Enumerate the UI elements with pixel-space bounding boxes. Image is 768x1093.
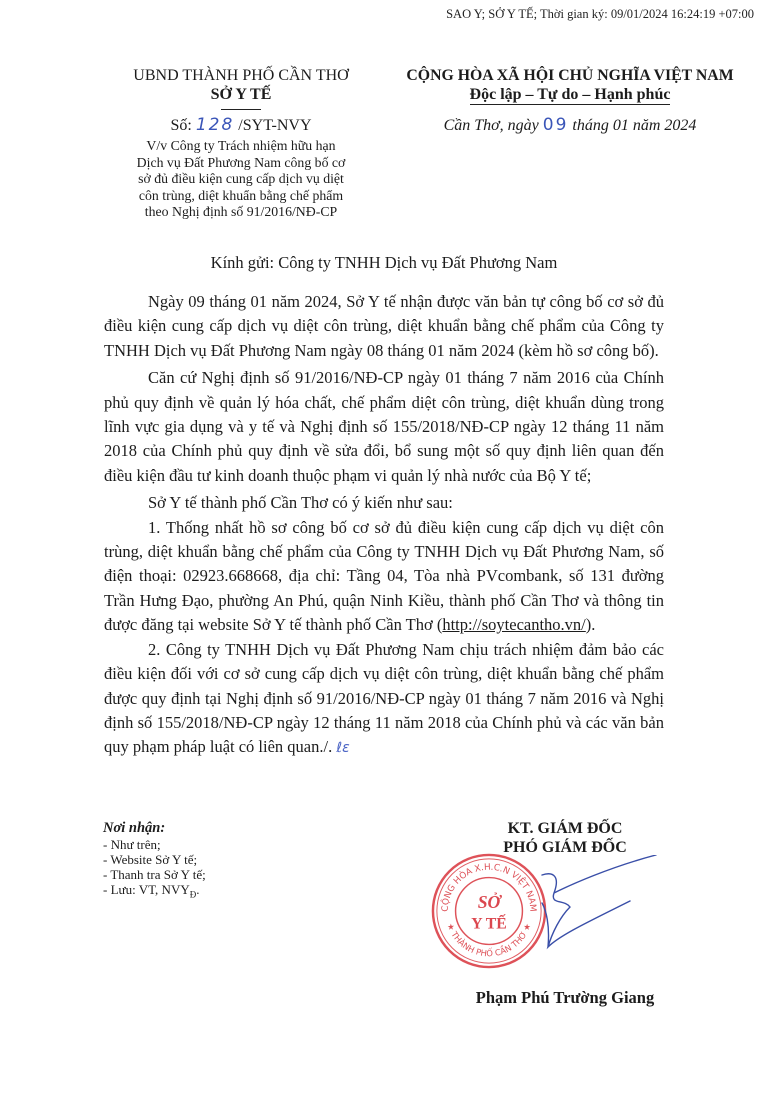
svg-text:SỞ: SỞ	[478, 892, 503, 912]
place-date: Cần Thơ, ngày 09 tháng 01 năm 2024	[384, 115, 756, 136]
recipient-item: - Lưu: VT, NVYĐ.	[103, 882, 206, 903]
handwritten-signature-icon	[540, 855, 660, 965]
digital-signature-note: SAO Y; SỞ Y TẾ; Thời gian ký: 09/01/2024…	[446, 7, 754, 22]
subject-line: Dịch vụ Đất Phương Nam công bố cơ	[100, 155, 382, 172]
paragraph: Căn cứ Nghị định số 91/2016/NĐ-CP ngày 0…	[104, 366, 664, 488]
issuing-agency-header: UBND THÀNH PHỐ CẦN THƠ SỞ Y TẾ Số: 128 /…	[100, 66, 382, 221]
agency-name: SỞ Y TẾ	[100, 85, 382, 104]
recipient-end: .	[196, 882, 199, 897]
date-suffix: tháng 01 năm 2024	[572, 117, 696, 134]
motto-text: Độc lập – Tự do – Hạnh phúc	[470, 86, 671, 105]
official-seal-icon: CỘNG HÒA X.H.C.N VIỆT NAM ★ THÀNH PHỐ CẦ…	[430, 852, 548, 970]
item-2-text: 2. Công ty TNHH Dịch vụ Đất Phương Nam c…	[104, 640, 664, 757]
parent-agency: UBND THÀNH PHỐ CẦN THƠ	[100, 66, 382, 85]
nation-title: CỘNG HÒA XÃ HỘI CHỦ NGHĨA VIỆT NAM	[384, 66, 756, 85]
recipients-title: Nơi nhận:	[103, 820, 206, 837]
recipients-list: Nơi nhận: - Như trên; - Website Sở Y tế;…	[103, 820, 206, 903]
paragraph-item-2: 2. Công ty TNHH Dịch vụ Đất Phương Nam c…	[104, 638, 664, 761]
paragraph: Sở Y tế thành phố Cần Thơ có ý kiến như …	[104, 491, 664, 515]
recipient-item: - Thanh tra Sở Y tế;	[103, 867, 206, 882]
signer-name: Phạm Phú Trường Giang	[430, 988, 700, 1008]
motto: Độc lập – Tự do – Hạnh phúc	[384, 85, 756, 104]
national-header: CỘNG HÒA XÃ HỘI CHỦ NGHĨA VIỆT NAM Độc l…	[384, 66, 756, 136]
handwritten-number: 128	[196, 115, 234, 135]
date-prefix: Cần Thơ, ngày	[444, 117, 539, 134]
subject-line: V/v Công ty Trách nhiệm hữu hạn	[100, 138, 382, 155]
paragraph-item-1: 1. Thống nhất hồ sơ công bố cơ sở đủ điề…	[104, 516, 664, 638]
number-prefix: Số:	[171, 117, 192, 134]
subject-line: côn trùng, diệt khuẩn bằng chế phẩm	[100, 188, 382, 205]
header-divider	[221, 109, 261, 110]
website-link[interactable]: http://soytecantho.vn/	[442, 615, 585, 634]
document-number: Số: 128 /SYT-NVY	[100, 115, 382, 136]
recipient-item-text: - Lưu: VT, NVY	[103, 882, 190, 897]
recipient-item: - Như trên;	[103, 837, 206, 852]
subject: V/v Công ty Trách nhiệm hữu hạn Dịch vụ …	[100, 138, 382, 221]
signer-role: KT. GIÁM ĐỐC	[430, 819, 700, 838]
subject-line: theo Nghị định số 91/2016/NĐ-CP	[100, 204, 382, 221]
number-suffix: /SYT-NVY	[238, 117, 311, 134]
recipient-line: Kính gửi: Công ty TNHH Dịch vụ Đất Phươn…	[0, 253, 768, 273]
item-1-end: ).	[586, 615, 596, 634]
svg-text:Y TẾ: Y TẾ	[471, 914, 506, 933]
handwritten-day: 09	[543, 115, 569, 135]
handwritten-initials: ℓε	[336, 740, 349, 756]
recipient-item: - Website Sở Y tế;	[103, 852, 206, 867]
subject-line: sở đủ điều kiện cung cấp dịch vụ diệt	[100, 171, 382, 188]
paragraph: Ngày 09 tháng 01 năm 2024, Sở Y tế nhận …	[104, 290, 664, 363]
letter-body: Ngày 09 tháng 01 năm 2024, Sở Y tế nhận …	[104, 290, 664, 761]
